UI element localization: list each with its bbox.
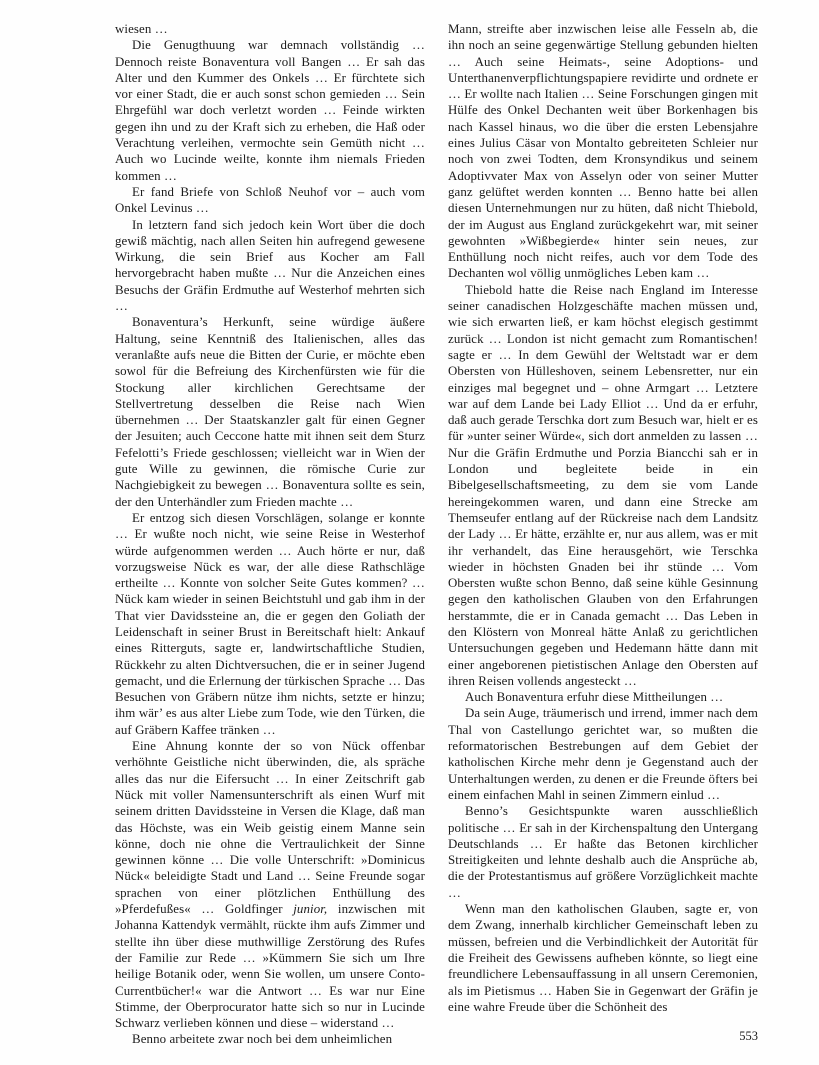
text-run: Die Genugthuung war demnach vollständig …: [115, 38, 425, 182]
paragraph: Da sein Auge, träumerisch und irrend, im…: [448, 705, 758, 803]
text-run: Thiebold hatte die Reise nach England im…: [448, 283, 758, 688]
text-column-left: wiesen …Die Genugthuung war demnach voll…: [115, 21, 425, 1048]
text-run: Benno arbeitete zwar noch bei dem unheim…: [132, 1032, 392, 1046]
paragraph: Benno’s Gesichtspunkte waren ausschließl…: [448, 803, 758, 901]
paragraph: Er fand Briefe von Schloß Neuhof vor – a…: [115, 184, 425, 217]
paragraph: Thiebold hatte die Reise nach England im…: [448, 282, 758, 689]
paragraph: wiesen …: [115, 21, 425, 37]
paragraph: Wenn man den katholischen Glauben, sagte…: [448, 901, 758, 1015]
paragraph: Bonaventura’s Herkunft, seine würdige äu…: [115, 314, 425, 510]
paragraph: Benno arbeitete zwar noch bei dem unheim…: [115, 1031, 425, 1047]
paragraph: Die Genugthuung war demnach vollständig …: [115, 37, 425, 184]
paragraph: In letztern fand sich jedoch kein Wort ü…: [115, 217, 425, 315]
text-run: Auch Bonaventura erfuhr diese Mittheilun…: [465, 690, 723, 704]
text-columns: wiesen …Die Genugthuung war demnach voll…: [115, 21, 758, 1048]
paragraph: Auch Bonaventura erfuhr diese Mittheilun…: [448, 689, 758, 705]
text-run: inzwischen mit Johanna Kattendyk vermähl…: [115, 902, 425, 1030]
text-run: Er entzog sich diesen Vorschlägen, solan…: [115, 511, 425, 737]
text-column-right: Mann, streifte aber inzwischen leise all…: [448, 21, 758, 1048]
page-number: 553: [739, 1029, 758, 1044]
paragraph: Er entzog sich diesen Vorschlägen, solan…: [115, 510, 425, 738]
paragraph: Mann, streifte aber inzwischen leise all…: [448, 21, 758, 282]
text-run: In letztern fand sich jedoch kein Wort ü…: [115, 218, 425, 313]
italic-text-run: junior,: [293, 902, 327, 916]
text-run: wiesen …: [115, 22, 168, 36]
text-run: Er fand Briefe von Schloß Neuhof vor – a…: [115, 185, 425, 215]
text-run: Eine Ahnung konnte der so von Nück offen…: [115, 739, 425, 916]
paragraph: Eine Ahnung konnte der so von Nück offen…: [115, 738, 425, 1031]
text-run: Bonaventura’s Herkunft, seine würdige äu…: [115, 315, 425, 508]
text-run: Mann, streifte aber inzwischen leise all…: [448, 22, 758, 280]
text-run: Benno’s Gesichtspunkte waren ausschließl…: [448, 804, 758, 899]
text-run: Wenn man den katholischen Glauben, sagte…: [448, 902, 758, 1014]
book-page: wiesen …Die Genugthuung war demnach voll…: [0, 0, 819, 1065]
text-run: Da sein Auge, träumerisch und irrend, im…: [448, 706, 758, 801]
